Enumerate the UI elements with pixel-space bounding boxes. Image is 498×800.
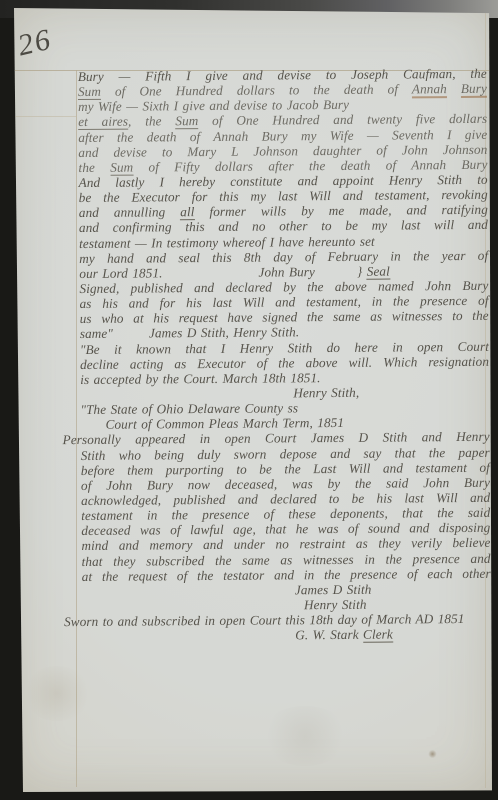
text-segment: Seal	[367, 263, 390, 279]
text-segment: James D Stith	[295, 582, 372, 598]
text-segment: Henry Stith	[304, 597, 367, 612]
text-segment: my hand and seal this 8th day of Februar…	[79, 247, 488, 265]
text-segment: Clerk	[363, 627, 393, 643]
text-segment: Sum	[110, 159, 133, 175]
scan-background: { "page": { "number": "26", "ink_color":…	[0, 0, 498, 800]
text-segment: Sum	[175, 113, 198, 129]
text-segment: us who at his request have signed the sa…	[80, 308, 489, 326]
text-block: Bury — Fifth I give and devise to Joseph…	[78, 66, 492, 645]
handwritten-line: G. W. Stark Clerk	[82, 626, 491, 644]
handwritten-line: decline acting as Executor of the above …	[80, 353, 489, 371]
text-segment: "The State of Ohio Delaware County ss	[80, 400, 298, 417]
text-segment: same"	[80, 326, 113, 341]
text-segment: Sworn to and subscribed in open Court th…	[64, 611, 465, 629]
text-segment: Court of Common Pleas March Term, 1851	[105, 415, 344, 432]
page-number: 26	[15, 23, 56, 64]
text-segment: the	[78, 160, 110, 175]
text-segment: James D Stith, Henry Stith.	[149, 325, 299, 341]
text-segment: G. W. Stark	[295, 627, 363, 643]
handwritten-line: and confirming this and no other to be m…	[79, 217, 488, 235]
text-segment: and confirming this and no other to be m…	[79, 217, 488, 235]
text-segment: Sum	[78, 84, 101, 100]
ledger-page: 26 Bury — Fifth I give and devise to Jos…	[10, 6, 492, 792]
text-segment: et aires	[78, 114, 128, 130]
text-segment: and annulling	[79, 204, 181, 220]
text-segment: of Fifty dollars after the death of Anna…	[133, 157, 487, 175]
text-segment: our Lord 1851.	[79, 265, 162, 281]
text-segment: , the	[128, 114, 175, 129]
text-segment: at the request of the testator and in th…	[82, 565, 491, 583]
paper-stain	[22, 666, 92, 721]
left-margin-rule	[76, 70, 77, 787]
text-segment	[447, 81, 461, 96]
text-segment: John Bury	[258, 264, 315, 279]
handwritten-line: my hand and seal this 8th day of Februar…	[79, 247, 488, 265]
text-segment: is accepted by the Court. March 18th 185…	[80, 370, 320, 387]
text-segment: decline acting as Executor of the above …	[80, 353, 489, 371]
margin-ledger-line	[10, 116, 76, 117]
text-segment: Henry Stith,	[293, 385, 359, 401]
handwritten-line: the Sum of Fifty dollars after the death…	[78, 157, 487, 175]
paper-stain	[260, 706, 350, 766]
ink-spot-stain	[428, 750, 437, 758]
text-segment: all	[180, 204, 194, 220]
handwritten-line: at the request of the testator and in th…	[82, 565, 491, 583]
